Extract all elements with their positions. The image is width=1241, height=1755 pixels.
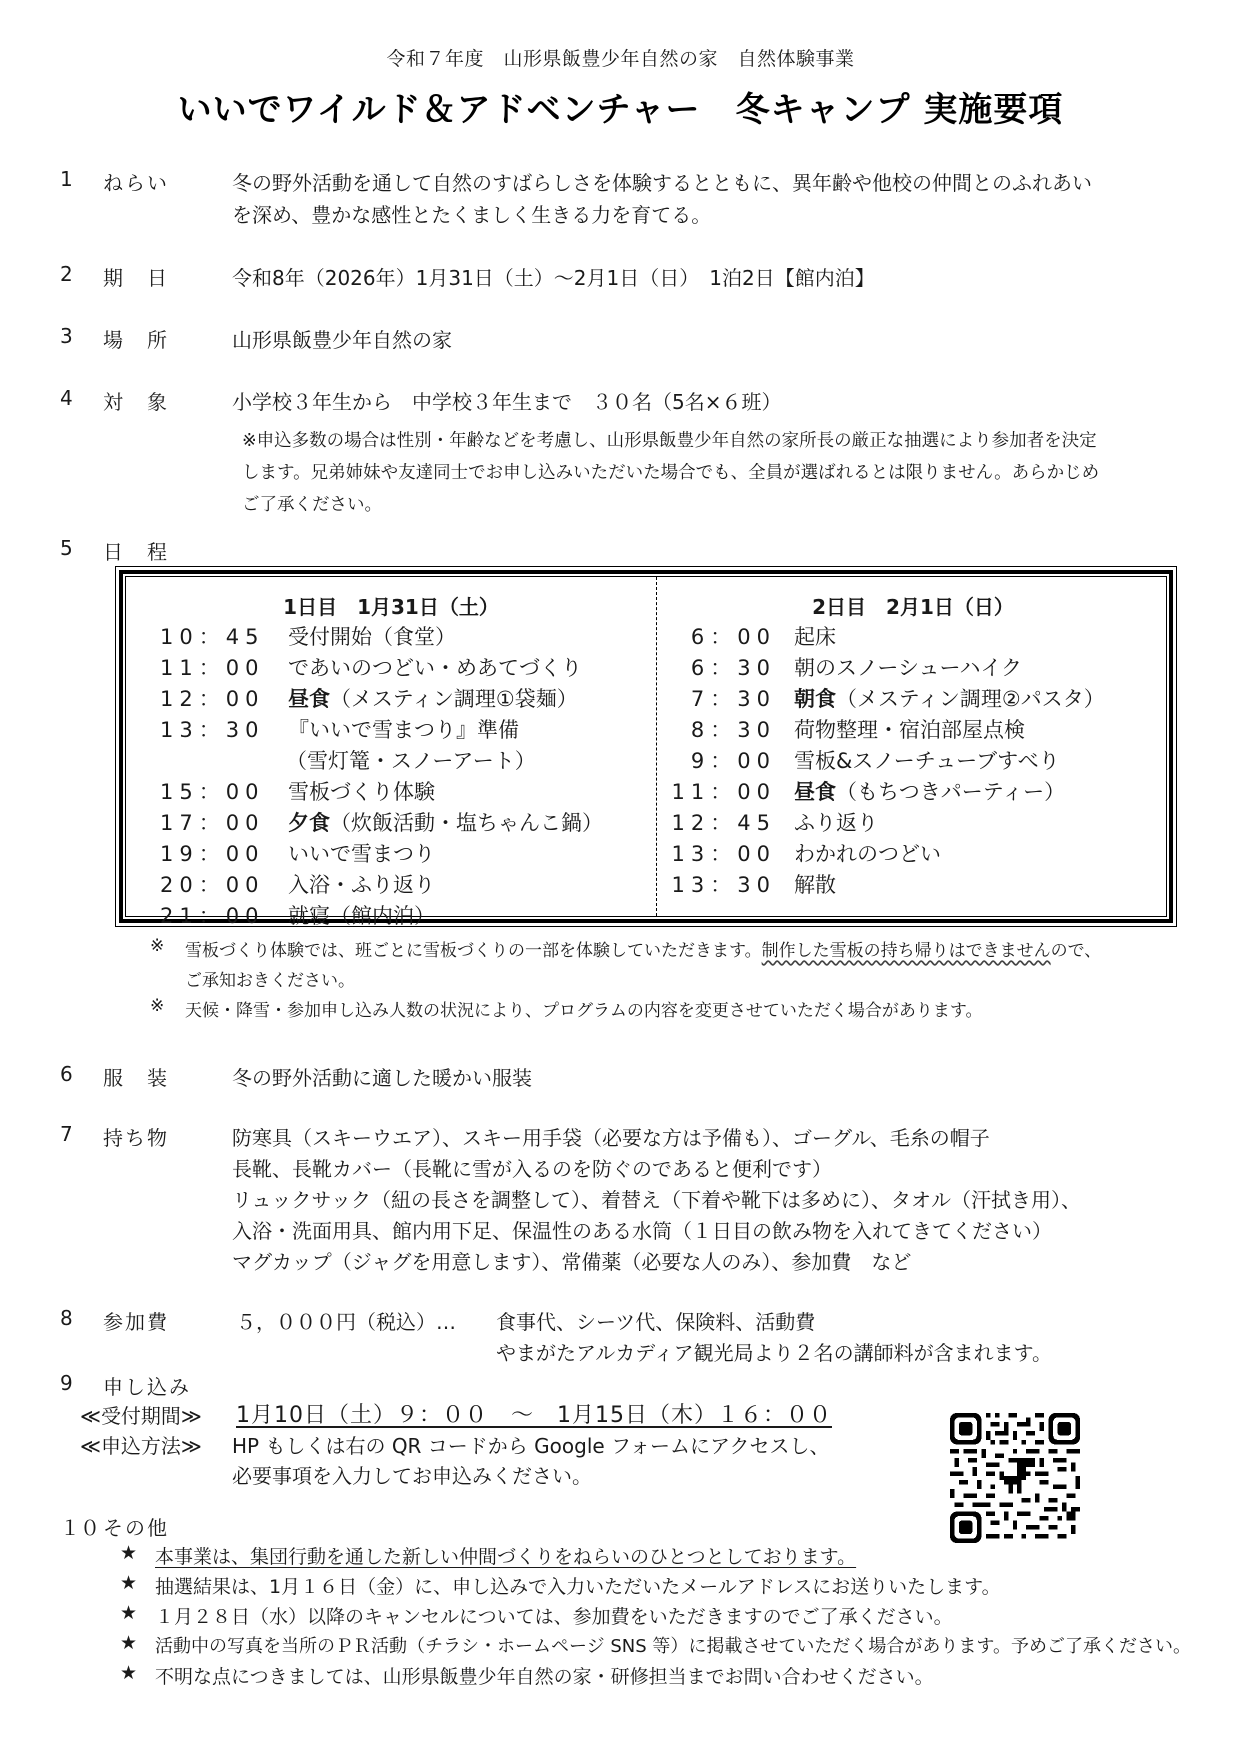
fee-amount: ５，０００円（税込）… [236, 1306, 456, 1335]
day-1-row: 12：00昼食（メスティン調理①袋麺） [160, 683, 578, 713]
day-1-heading: 1日目 1月31日（土） [126, 591, 656, 620]
day-2-row: 11：00昼食（もちつきパーティー） [666, 776, 1065, 806]
other-item-3: １月２８日（水）以降のキャンセルについては、参加費をいただきますのでご了承くださ… [155, 1602, 953, 1629]
application-period-label: ≪受付期間≫ [80, 1400, 202, 1429]
star-icon: ★ [120, 1542, 137, 1564]
star-icon: ★ [120, 1662, 137, 1684]
section-10-number: １０ [60, 1512, 100, 1541]
document-subtitle: 令和７年度 山形県飯豊少年自然の家 自然体験事業 [0, 44, 1241, 71]
section-7-label: 持ち物 [103, 1122, 169, 1151]
section-1-line-2: を深め、豊かな感性とたくましく生きる力を育てる。 [232, 199, 711, 228]
section-4-note-line-1: ※申込多数の場合は性別・年齢などを考慮し、山形県飯豊少年自然の家所長の厳正な抽選… [242, 425, 1097, 457]
section-7-line-1: 防寒具（スキーウエア）、スキー用手袋（必要な方は予備も）、ゴーグル、毛糸の帽子 [232, 1122, 990, 1151]
schedule-note-1-line-2: ご承知おきください。 [185, 966, 355, 991]
section-2-label: 期 日 [103, 262, 169, 291]
day-1-row: 13：30『いいで雪まつり』準備 [160, 714, 519, 744]
section-7-line-5: マグカップ（ジャグを用意します）、常備薬（必要な人のみ）、参加費 など [232, 1246, 911, 1275]
section-4-note-line-2: します。兄弟姉妹や友達同士でお申し込みいただいた場合でも、全員が選ばれるとは限り… [242, 457, 1099, 489]
day-2-row: 6：00起床 [666, 621, 836, 651]
day-2-heading: 2日目 2月1日（日） [657, 591, 1169, 620]
section-1-number: 1 [60, 167, 73, 191]
day-1-row: 17：00夕食（炊飯活動・塩ちゃんこ鍋） [160, 807, 603, 837]
day-2-row: 6：30朝のスノーシューハイク [666, 652, 1022, 682]
section-5-number: 5 [60, 536, 73, 560]
section-2-text: 令和8年（2026年）1月31日（土）～2月1日（日） 1泊2日【館内泊】 [232, 262, 875, 291]
section-1-line-1: 冬の野外活動を通して自然のすばらしさを体験するとともに、異年齢や他校の仲間とのふ… [232, 167, 1092, 196]
schedule-table: 1日目 1月31日（土） 2日目 2月1日（日） 10：45受付開始（食堂） 1… [115, 566, 1177, 927]
star-icon: ★ [120, 1602, 137, 1624]
section-7-number: 7 [60, 1122, 73, 1146]
other-item-5: 不明な点につきましては、山形県飯豊少年自然の家・研修担当までお問い合わせください… [155, 1662, 934, 1689]
section-4-number: 4 [60, 386, 73, 410]
day-1-row: 19：00いいで雪まつり [160, 838, 435, 868]
application-period: 1月10日（土）９：００ ～ 1月15日（木）１６：００ [236, 1398, 832, 1429]
day-2-row: 12：45ふり返り [666, 807, 878, 837]
section-9-label: 申し込み [103, 1371, 191, 1400]
day-2-row: 13：30解散 [666, 869, 836, 899]
schedule-note-2: 天候・降雪・参加申し込み人数の状況により、プログラムの内容を変更させていただく場… [185, 996, 982, 1021]
section-7-line-2: 長靴、長靴カバー（長靴に雪が入るのを防ぐのであると便利です） [232, 1153, 832, 1182]
schedule-note-1-mark: ※ [150, 936, 164, 956]
schedule-note-2-mark: ※ [150, 996, 164, 1016]
document-title: いいでワイルド＆アドベンチャー 冬キャンプ 実施要項 [0, 82, 1241, 131]
day-2-row: 8：30荷物整理・宿泊部屋点検 [666, 714, 1025, 744]
section-7-line-4: 入浴・洗面用具、館内用下足、保温性のある水筒（１日目の飲み物を入れてきてください… [232, 1215, 1052, 1244]
section-2-number: 2 [60, 262, 73, 286]
star-icon: ★ [120, 1632, 137, 1654]
day-2-row: 13：00わかれのつどい [666, 838, 941, 868]
section-4-label: 対 象 [103, 386, 169, 415]
section-9-number: 9 [60, 1371, 73, 1395]
day-1-row-continuation: （雪灯篭・スノーアート） [286, 745, 536, 775]
day-1-row: 21：00就寝（館内泊） [160, 900, 435, 930]
day-1-row: 11：00であいのつどい・めあてづくり [160, 652, 582, 682]
qr-code-icon[interactable] [950, 1413, 1080, 1543]
application-method-line-1: HP もしくは右の QR コードから Google フォームにアクセスし、 [232, 1430, 829, 1459]
day-1-row: 15：00雪板づくり体験 [160, 776, 435, 806]
section-8-label: 参加費 [103, 1306, 169, 1335]
fee-includes-line-1: 食事代、シーツ代、保険料、活動費 [496, 1306, 815, 1335]
fee-includes-line-2: やまがたアルカディア観光局より２名の講師料が含まれます。 [496, 1337, 1052, 1366]
section-3-number: 3 [60, 324, 73, 348]
day-2-row: 7：30朝食（メスティン調理②パスタ） [666, 683, 1105, 713]
section-6-label: 服 装 [103, 1062, 169, 1091]
section-4-text: 小学校３年生から 中学校３年生まで ３０名（5名×６班） [232, 386, 781, 415]
section-1-label: ねらい [103, 167, 169, 196]
application-method-label: ≪申込方法≫ [80, 1430, 202, 1459]
section-10-label: その他 [103, 1512, 169, 1541]
section-3-label: 場 所 [103, 324, 169, 353]
application-method-line-2: 必要事項を入力してお申込みください。 [232, 1460, 592, 1489]
section-6-number: 6 [60, 1062, 73, 1086]
section-6-text: 冬の野外活動に適した暖かい服装 [232, 1062, 532, 1091]
section-8-number: 8 [60, 1306, 73, 1330]
section-3-text: 山形県飯豊少年自然の家 [232, 324, 452, 353]
schedule-note-1: 雪板づくり体験では、班ごとに雪板づくりの一部を体験していただきます。制作した雪板… [185, 936, 1101, 961]
section-5-label: 日 程 [103, 536, 169, 565]
day-1-row: 10：45受付開始（食堂） [160, 621, 456, 651]
other-item-4: 活動中の写真を当所のＰＲ活動（チラシ・ホームページ SNS 等）に掲載させていた… [155, 1632, 1191, 1658]
section-4-note-line-3: ご了承ください。 [242, 489, 382, 521]
star-icon: ★ [120, 1572, 137, 1594]
other-item-2: 抽選結果は、1月１６日（金）に、申し込みで入力いただいたメールアドレスにお送りい… [155, 1572, 1001, 1599]
day-1-row: 20：00入浴・ふり返り [160, 869, 435, 899]
day-2-row: 9：00雪板&スノーチューブすべり [666, 745, 1060, 775]
schedule-divider [656, 577, 657, 916]
section-7-line-3: リュックサック（紐の長さを調整して）、着替え（下着や靴下は多めに）、タオル（汗拭… [232, 1184, 1081, 1213]
other-item-1: 本事業は、集団行動を通した新しい仲間づくりをねらいのひとつとしております。 [155, 1542, 856, 1569]
